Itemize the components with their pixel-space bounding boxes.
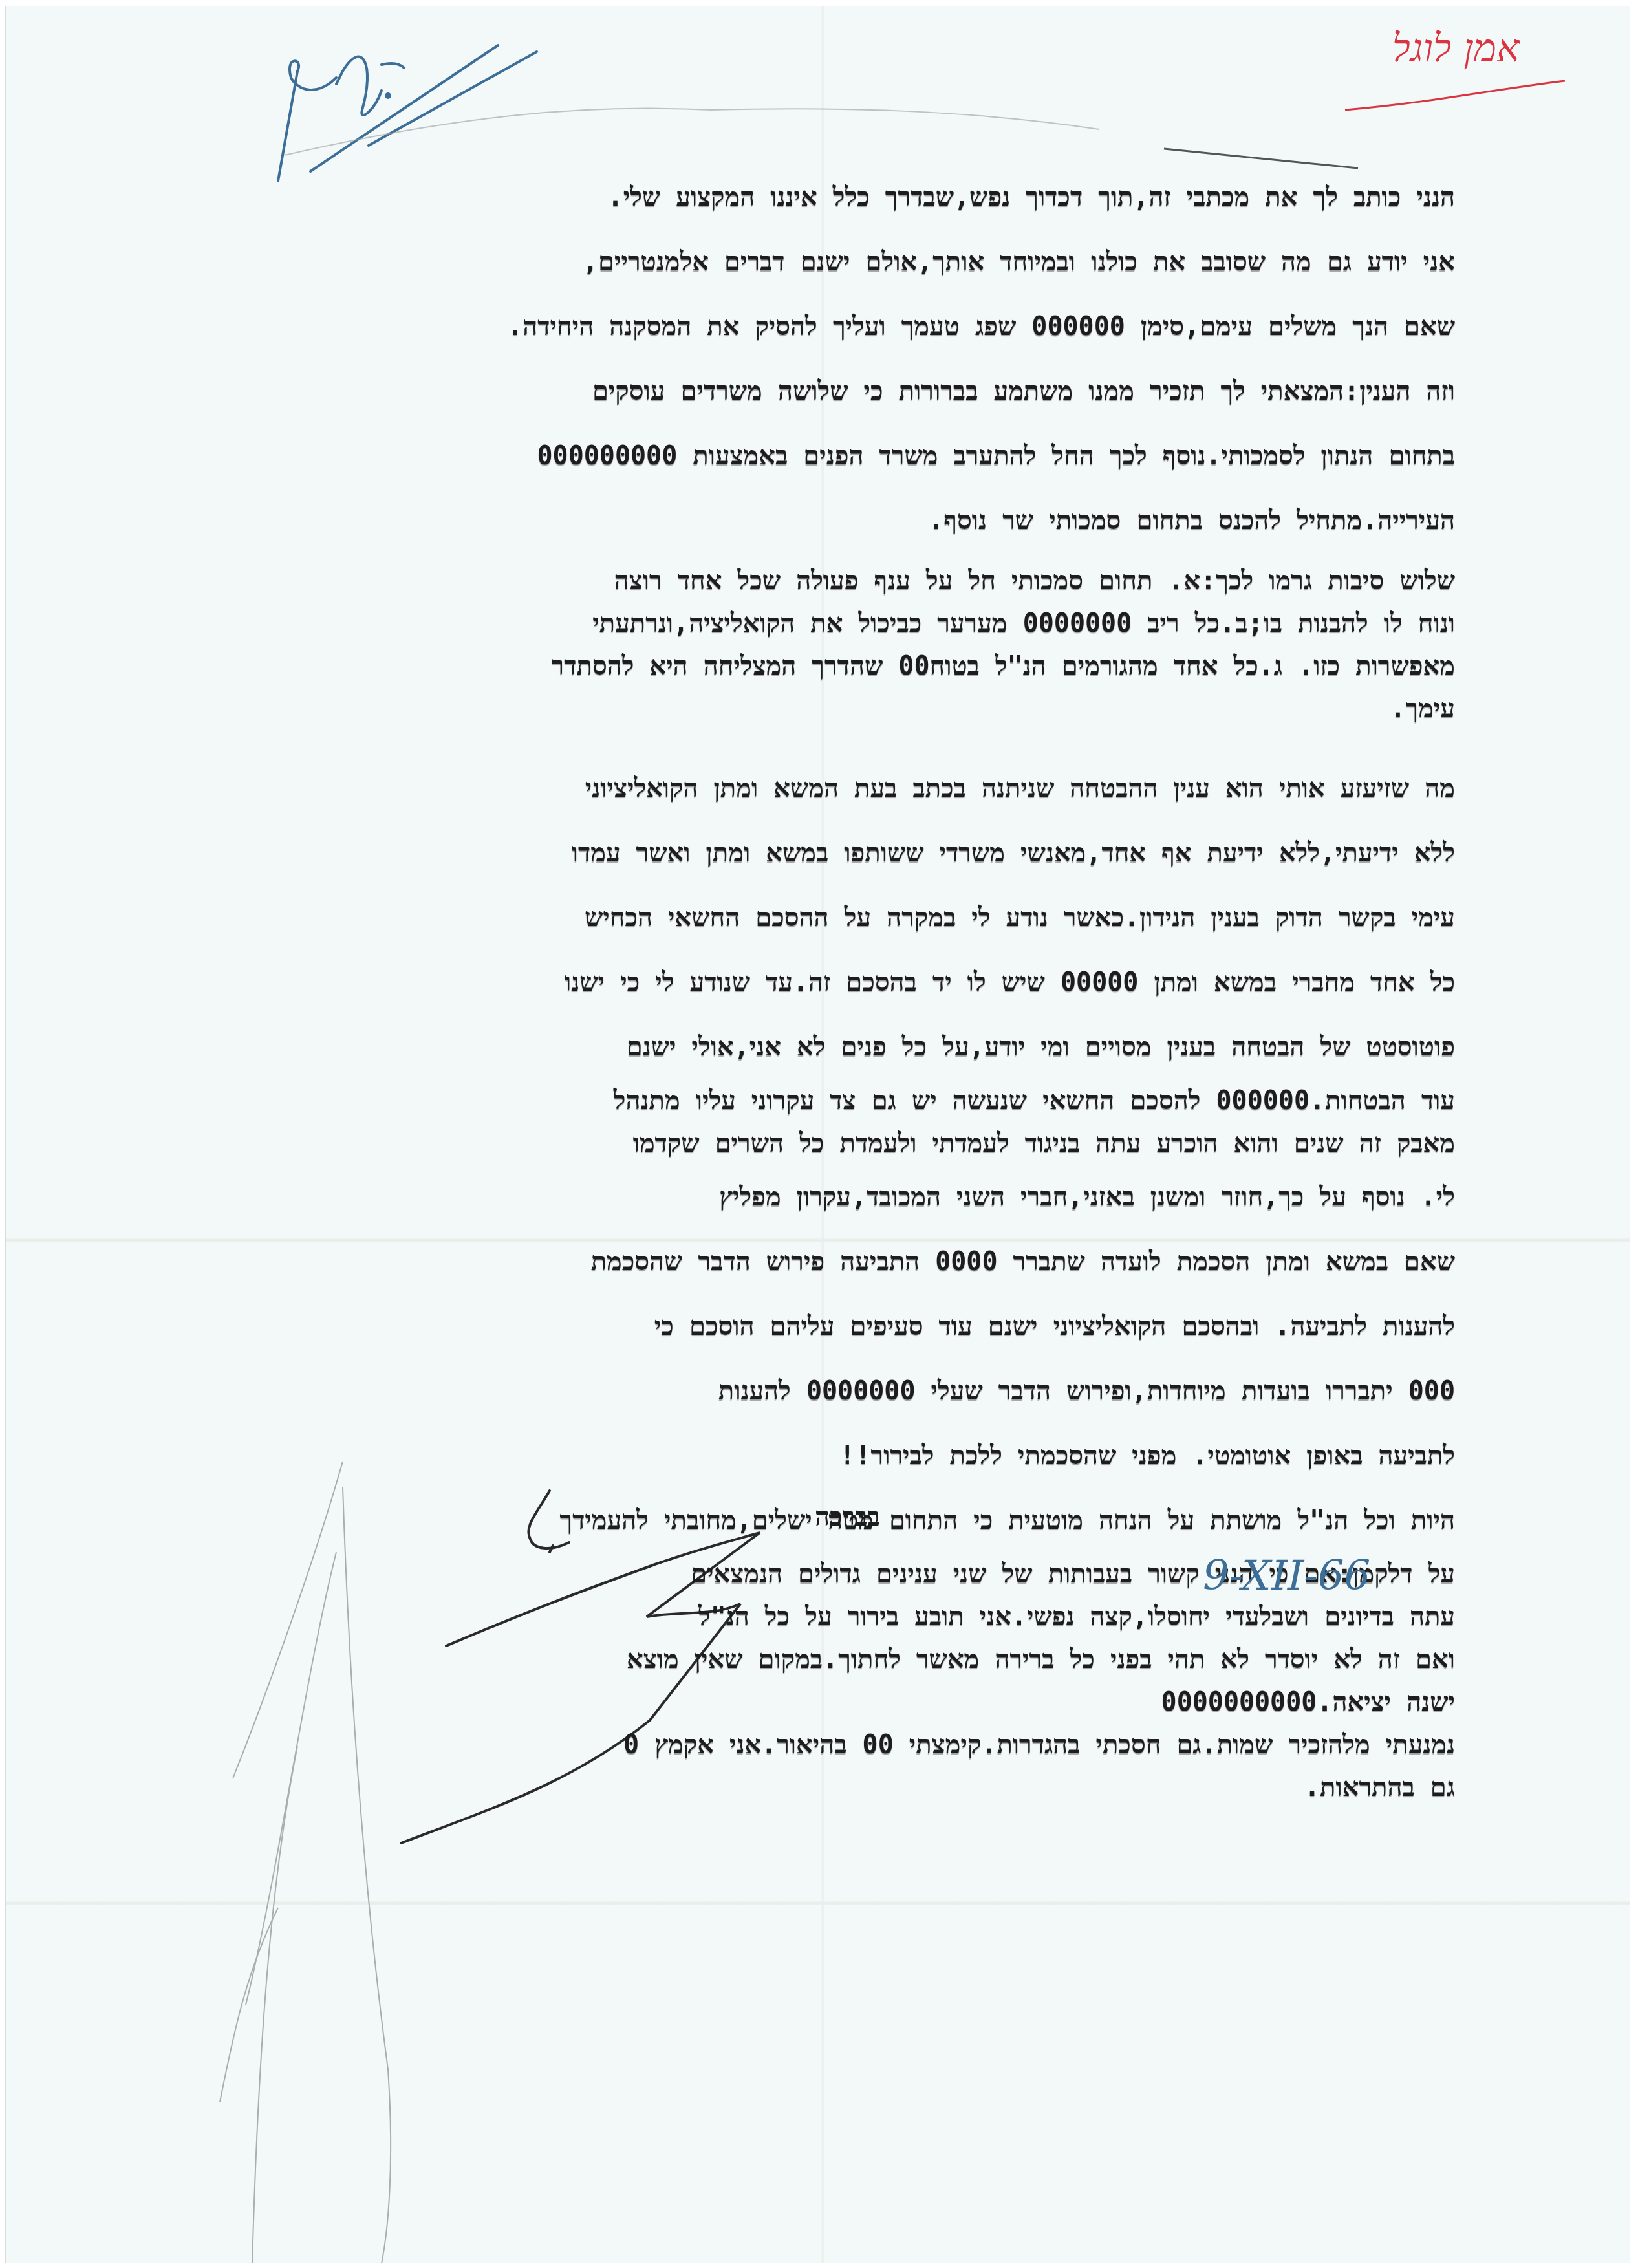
body-line: עימי בקשר הדוק בענין הנידון.כאשר נודע לי… (162, 885, 1455, 950)
closing-salutation: בברכה (815, 1502, 880, 1532)
paragraph-2: שלוש סיבות גרמו לכך:א. תחום סמכותי חל על… (162, 559, 1455, 730)
body-line: גם בהתראות. (162, 1766, 1455, 1809)
body-line: מאפשרות כזו. ג.כל אחד מהגורמים הנ"ל בטוח… (162, 645, 1455, 687)
body-line: היות וכל הנ"ל מושתת על הנחה מוטעית כי הת… (162, 1488, 1455, 1553)
paragraph-3: מה שזיעזע אותי הוא ענין ההבטחה שניתנה בכ… (162, 756, 1455, 1488)
body-line: אני יודע גם מה שסובב את כולנו ובמיוחד או… (162, 230, 1455, 294)
body-line: לתביעה באופן אוטומטי. מפני שהסכמתי ללכת … (162, 1423, 1455, 1488)
body-line: הנני כותב לך את מכתבי זה,תוך דכדוך נפש,ש… (162, 165, 1455, 230)
blue-initials-signature (278, 45, 537, 181)
body-line: לי. נוסף על כך,חוזר ומשנן באזני,חברי השנ… (162, 1165, 1455, 1229)
body-line: וזה הענין:המצאתי לך תזכיר ממנו משתמע בבר… (162, 359, 1455, 424)
body-line: עתה בדיונים ושבלעדי יחוסלו,קצה נפשי.אני … (162, 1595, 1455, 1638)
body-line: מה שזיעזע אותי הוא ענין ההבטחה שניתנה בכ… (162, 756, 1455, 821)
red-margin-note: אמן לוגל (1392, 26, 1520, 71)
body-line: שלוש סיבות גרמו לכך:א. תחום סמכותי חל על… (162, 559, 1455, 602)
paragraph-1: הנני כותב לך את מכתבי זה,תוך דכדוך נפש,ש… (162, 165, 1455, 553)
body-line: שאם במשא ומתן הסכמת לועדה שתברר 0000 התב… (162, 1229, 1455, 1294)
body-line: נמנעתי מלהזכיר שמות.גם חסכתי בהגדרות.קימ… (162, 1723, 1455, 1766)
body-line: ונוח לו להבנות בו;ב.כל ריב 0000000 מערער… (162, 602, 1455, 645)
body-line: פוטוסטט של הבטחה בענין מסויים ומי יודע,ע… (162, 1015, 1455, 1079)
paragraph-4: היות וכל הנ"ל מושתת על הנחה מוטעית כי הת… (162, 1488, 1455, 1809)
body-line: מאבק זה שנים והוא הוכרע עתה בניגוד לעמדת… (162, 1122, 1455, 1165)
body-line: שאם הנך משלים עימם,סימן 000000 שפג טעמך … (162, 294, 1455, 359)
body-line: להענות לתביעה. ובהסכם הקואליציוני ישנם ע… (162, 1294, 1455, 1359)
handwritten-date: 9-XII-66 (1203, 1552, 1370, 1600)
body-line: עוד הבטחות.000000 להסכם החשאי שנעשה יש ג… (162, 1079, 1455, 1122)
body-line: כל אחד מחברי במשא ומתן 00000 שיש לו יד ב… (162, 950, 1455, 1015)
body-line: 000 יתבררו בועדות מיוחדות,ופירוש הדבר שע… (162, 1359, 1455, 1423)
body-line: ללא ידיעתי,ללא ידיעת אף אחד,מאנשי משרדי … (162, 821, 1455, 885)
body-line: ישנה יציאה.0000000000 (162, 1681, 1455, 1723)
body-line: העירייה.מתחיל להכנס בתחום סמכותי שר נוסף… (162, 488, 1455, 553)
body-line: בתחום הנתון לסמכותי.נוסף לכך החל להתערב … (162, 424, 1455, 488)
body-line: ואם זה לא יוסדר לא תהי בפני כל ברירה מאש… (162, 1638, 1455, 1681)
body-line: עימך. (162, 687, 1455, 730)
